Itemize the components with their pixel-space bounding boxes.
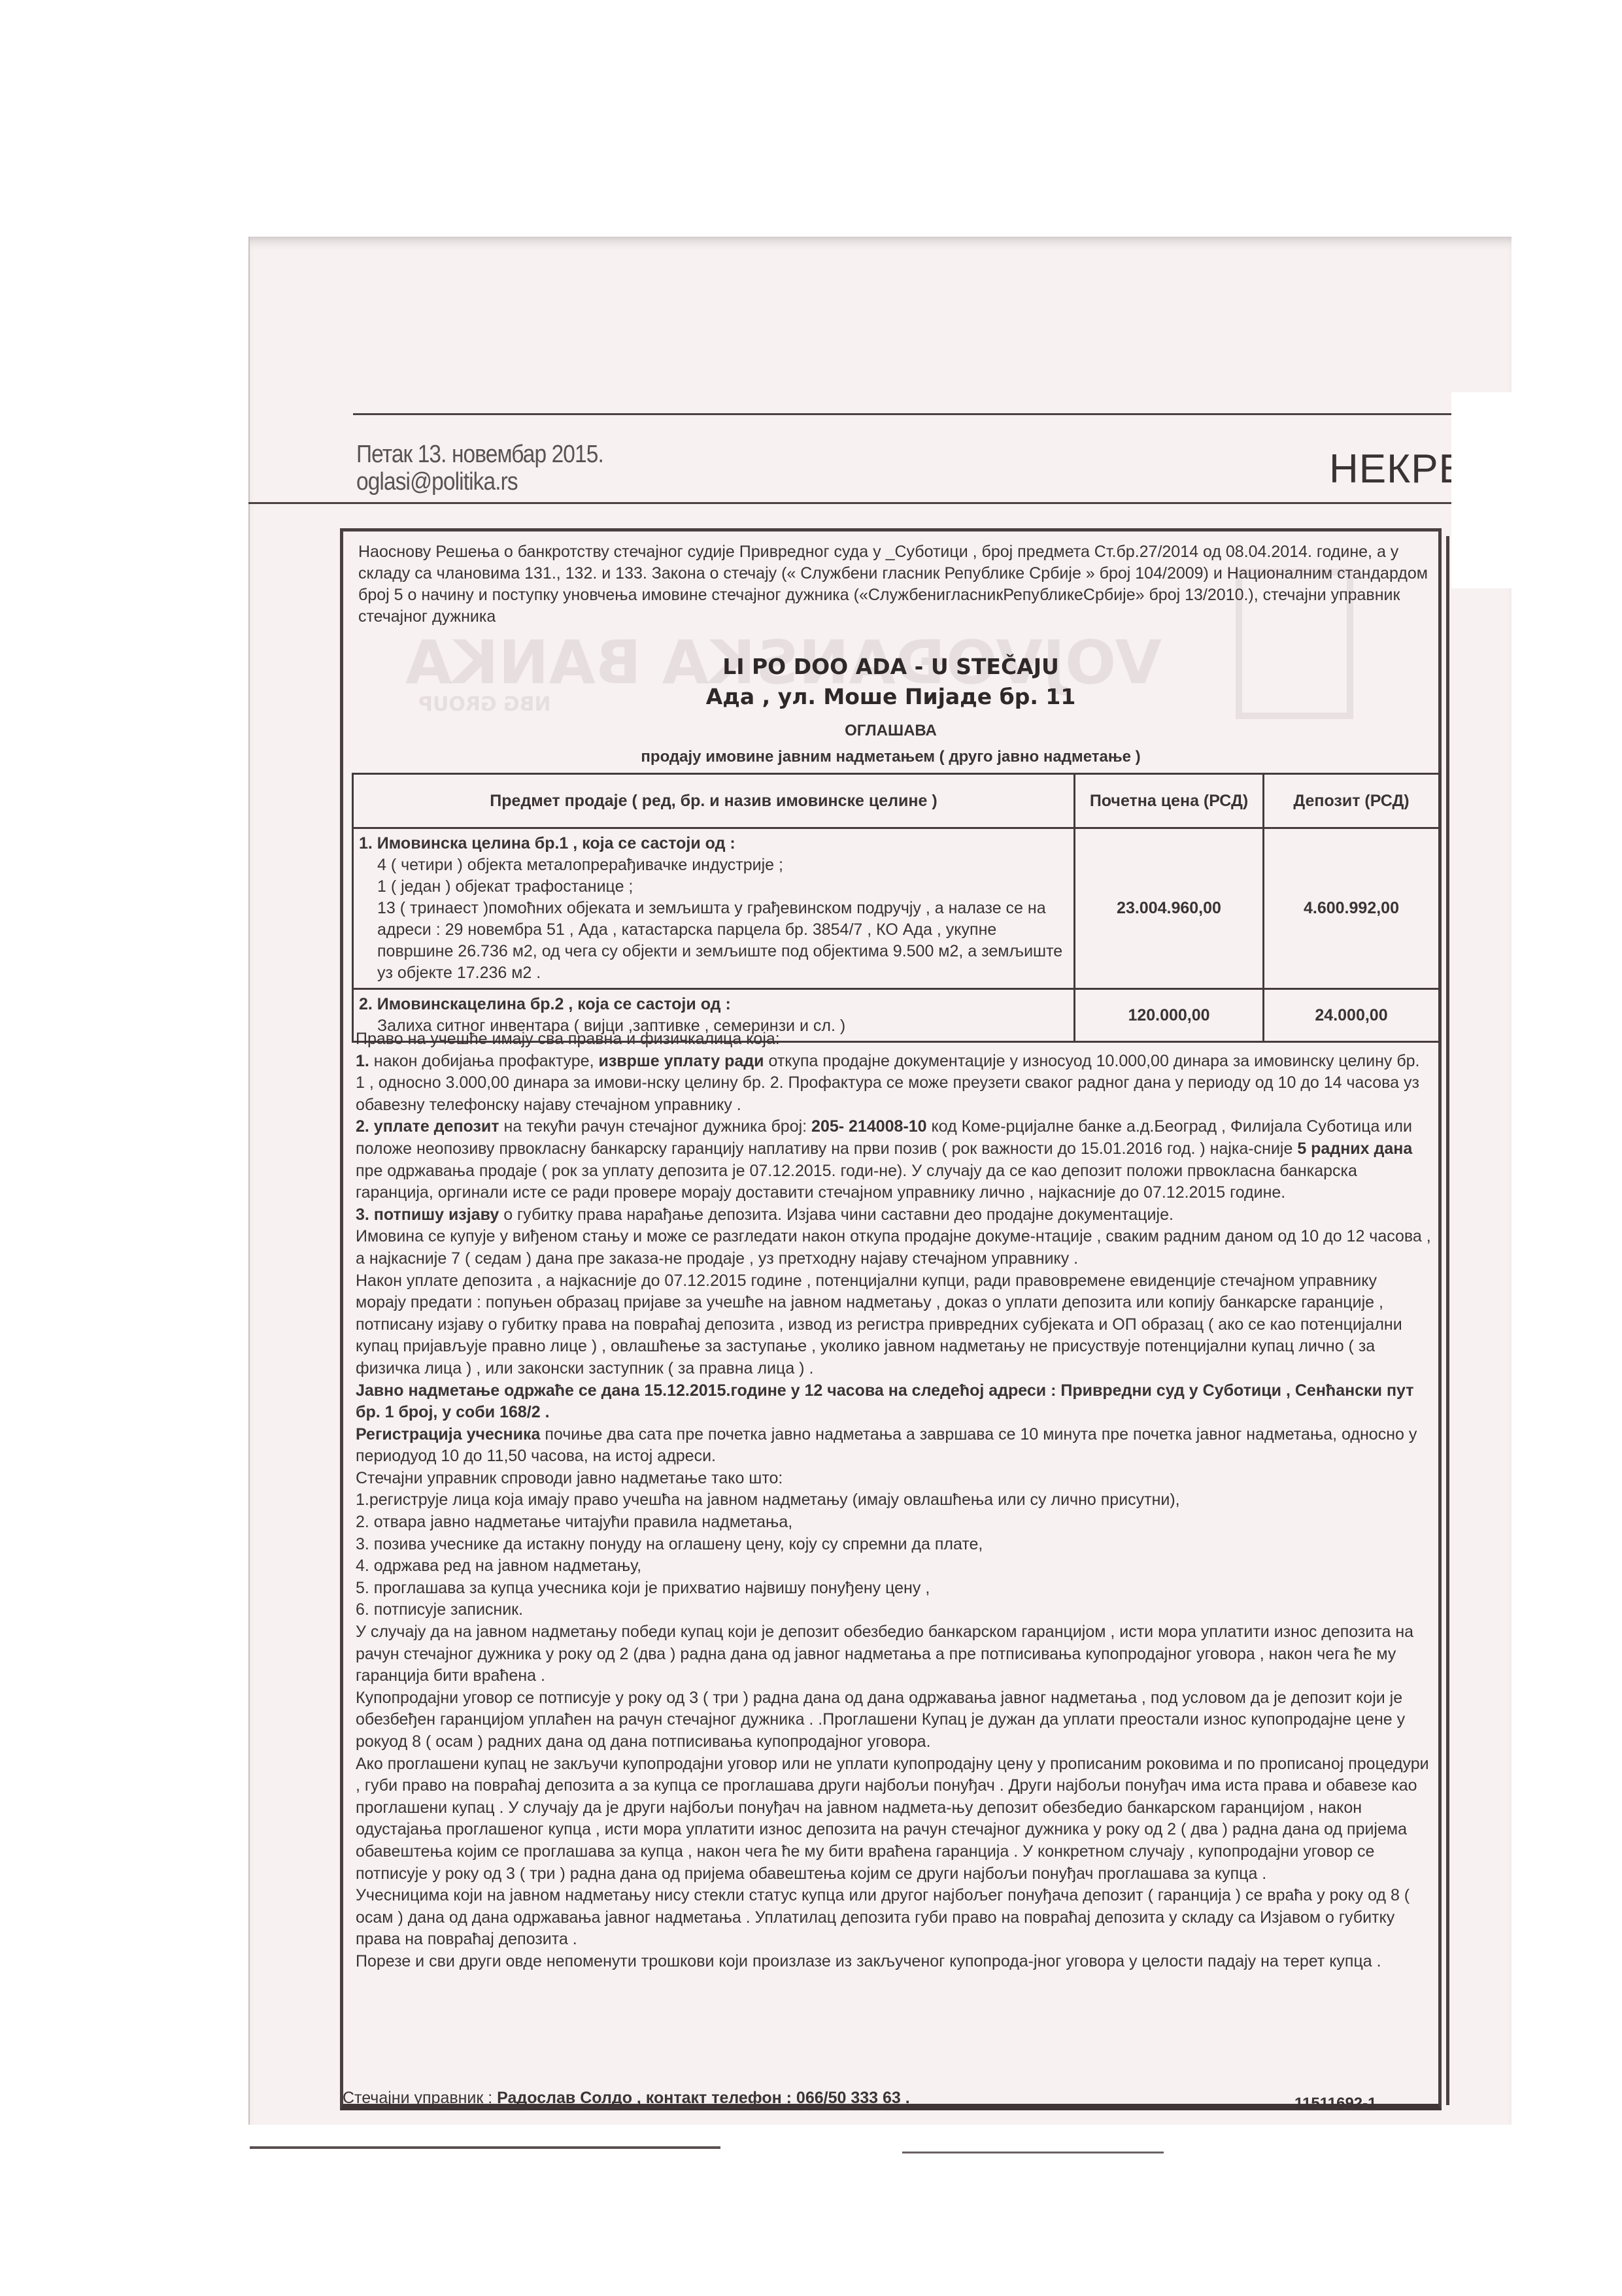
procedure-step: 1.региструје лица која имају право учешћ… [356,1489,1431,1511]
condition-1: 1. након добијања профактуре, изврше упл… [356,1051,1431,1117]
table-row: 1. Имовинска целина бр.1 , која се састо… [353,828,1440,989]
bank-account-number: 205- 214008-10 [811,1117,927,1136]
manager-contact: Стечајни управник : Радослав Солдо , кон… [343,2087,910,2109]
company-address: Ада , ул. Моше Пијаде бр. 11 [340,684,1442,709]
column-header-deposit: Депозит (РСД) [1264,774,1440,828]
documents-paragraph: Након уплате депозита , а најкасније до … [356,1270,1431,1380]
inspection-paragraph: Имовина се купује у виђеном стању и може… [356,1226,1431,1270]
masthead-top-rule [353,413,1451,415]
issue-date: Петак 13. новембар 2015. [356,439,603,469]
bottom-rule [250,2146,720,2149]
second-bidder-paragraph: Ако проглашени купац не закључи купопрод… [356,1753,1431,1885]
lot-description: 1. Имовинска целина бр.1 , која се састо… [353,828,1075,989]
ad-number: 11511692-1 [1294,2095,1376,2113]
auction-date-paragraph: Јавно надметање одржаће се дана 15.12.20… [356,1380,1431,1424]
lot-item: 1 ( један ) објекат трафостанице ; [359,876,1068,898]
manager-info: Радослав Солдо , контакт телефон : 066/5… [497,2089,910,2107]
guarantee-paragraph: У случају да на јавном надметању победи … [356,1621,1431,1687]
column-header-price: Почетна цена (РСД) [1075,774,1264,828]
announces-heading: ОГЛАШАВА [340,722,1442,740]
lots-table: Предмет продаје ( ред, бр. и назив имови… [352,773,1440,1043]
deposit-return-paragraph: Учесницима који на јавном надметању нису… [356,1885,1431,1951]
conditions-text: Право на учешће имају сва правна и физич… [356,1028,1431,1973]
lot-item: 13 ( тринаест )помоћних објеката и земљи… [359,898,1068,984]
procedure-step: 4. одржава ред на јавном надметању, [356,1555,1431,1578]
bottom-rule [902,2152,1164,2153]
intro-paragraph: Наоснову Решења о банкротству стечајног … [358,541,1430,628]
table-header-row: Предмет продаје ( ред, бр. и назив имови… [353,774,1440,828]
company-name: LI PO DOO ADA - U STEČAJU [340,654,1442,679]
contact-email: oglasi@politika.rs [356,467,518,497]
registration-paragraph: Регистрација учесника почиње два сата пр… [356,1424,1431,1468]
column-header-subject: Предмет продаје ( ред, бр. и назив имови… [353,774,1075,828]
adjacent-ad-border [1446,536,1456,2105]
condition-2: 2. уплате депозит на текући рачун стечај… [356,1116,1431,1204]
ad-intro: Наоснову Решења о банкротству стечајног … [358,541,1430,628]
procedure-step: 2. отвара јавно надметање читајући прави… [356,1511,1431,1534]
condition-3: 3. потпишу изјаву о губитку права нарађа… [356,1204,1431,1226]
contract-paragraph: Купопродајни уговор се потписује у року … [356,1687,1431,1753]
eligibility-paragraph: Право на учешће имају сва правна и физич… [356,1028,1431,1051]
lot-deposit: 4.600.992,00 [1264,828,1440,989]
announces-subheading: продају имовине јавним надметањем ( друг… [340,748,1442,766]
masthead-bottom-rule [248,502,1451,504]
lot-price: 23.004.960,00 [1075,828,1264,989]
lot-title: 2. Имовинскацелина бр.2 , која се састој… [359,994,1068,1015]
taxes-paragraph: Порезе и сви други овде непоменути трошк… [356,1951,1431,1973]
procedure-step: 3. позива учеснике да истакну понуду на … [356,1534,1431,1556]
scan-margin [1451,392,1622,588]
procedure-step: 6. потписује записник. [356,1599,1431,1621]
lot-item: 4 ( четири ) објекта металопрерађивачке … [359,854,1068,876]
procedure-intro: Стечајни управник спроводи јавно надмета… [356,1468,1431,1490]
procedure-step: 5. проглашава за купца учесника који је … [356,1578,1431,1600]
manager-label: Стечајни управник : [343,2089,497,2107]
lot-title: 1. Имовинска целина бр.1 , која се састо… [359,833,1068,854]
